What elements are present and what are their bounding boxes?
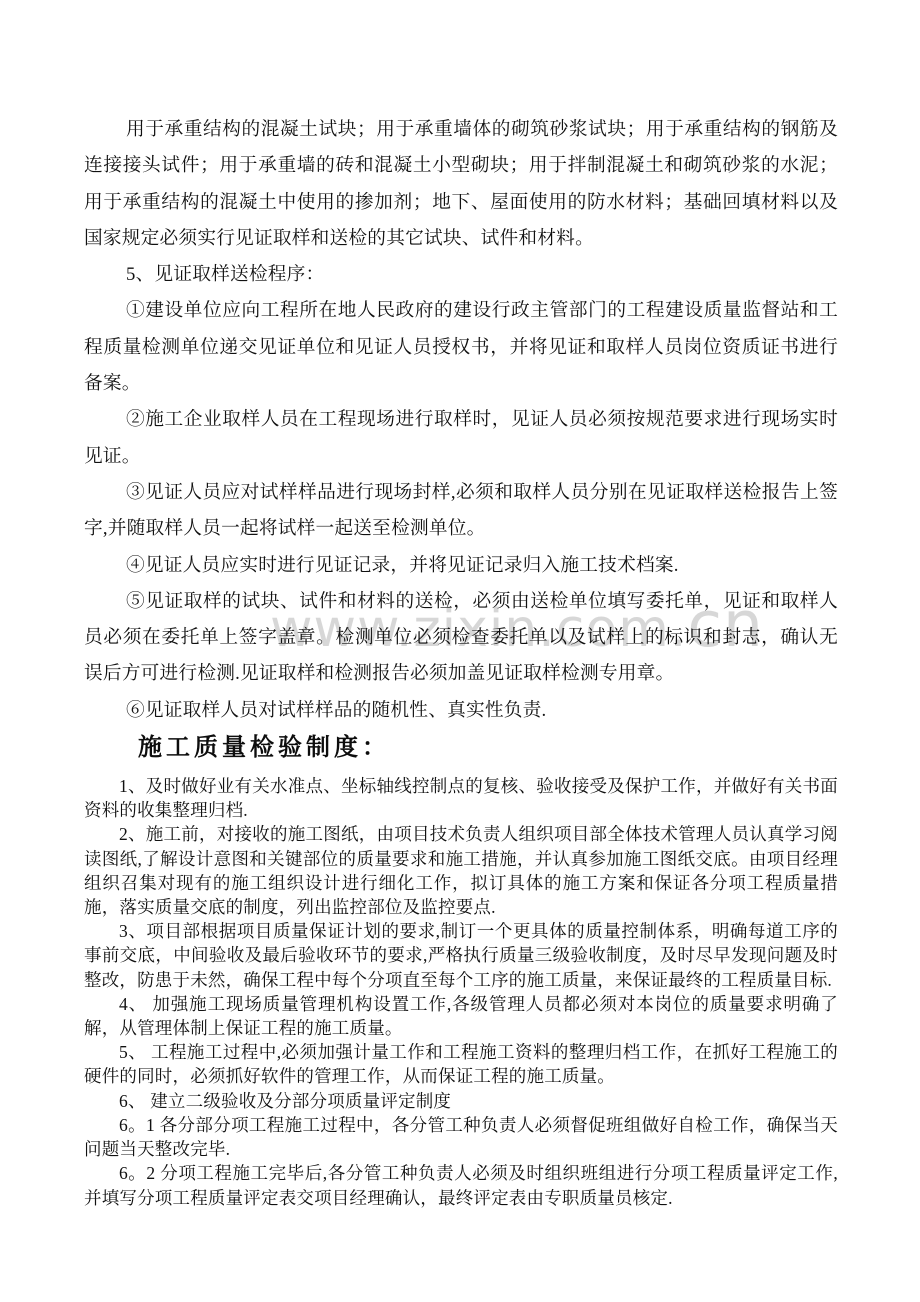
procedure-step-4: ④见证人员应实时进行见证记录，并将见证记录归入施工技术档案. [84, 548, 838, 584]
inspection-subitem-6-2: 6。2 分项工程施工完毕后,各分管工种负责人必须及时组织班组进行分项工程质量评定… [84, 1161, 838, 1209]
quality-inspection-section: 1、及时做好业有关水准点、坐标轴线控制点的复核、验收接受及保护工作，并做好有关书… [84, 774, 838, 1210]
section-heading: 施工质量检验制度： [84, 731, 838, 765]
inspection-item-1: 1、及时做好业有关水准点、坐标轴线控制点的复核、验收接受及保护工作，并做好有关书… [84, 774, 838, 822]
inspection-item-6: 6、 建立二级验收及分部分项质量评定制度 [84, 1089, 838, 1113]
procedure-step-2: ②施工企业取样人员在工程现场进行取样时，见证人员必须按规范要求进行现场实时见证。 [84, 402, 838, 475]
inspection-item-3: 3、项目部根据项目质量保证计划的要求,制订一个更具体的质量控制体系，明确每道工序… [84, 919, 838, 992]
inspection-item-2: 2、施工前，对接收的施工图纸，由项目技术负责人组织项目部全体技术管理人员认真学习… [84, 822, 838, 919]
procedure-step-1: ①建设单位应向工程所在地人民政府的建设行政主管部门的工程建设质量监督站和工程质量… [84, 293, 838, 402]
document-content: 用于承重结构的混凝土试块；用于承重墙体的砌筑砂浆试块；用于承重结构的钢筋及连接接… [84, 112, 838, 1210]
procedure-step-6: ⑥见证取样人员对试样样品的随机性、真实性负责. [84, 693, 838, 729]
procedure-header: 5、见证取样送检程序： [84, 257, 838, 293]
intro-paragraph: 用于承重结构的混凝土试块；用于承重墙体的砌筑砂浆试块；用于承重结构的钢筋及连接接… [84, 112, 838, 257]
inspection-item-4: 4、 加强施工现场质量管理机构设置工作,各级管理人员都必须对本岗位的质量要求明确… [84, 992, 838, 1040]
witness-sampling-section: 用于承重结构的混凝土试块；用于承重墙体的砌筑砂浆试块；用于承重结构的钢筋及连接接… [84, 112, 838, 729]
procedure-step-5: ⑤见证取样的试块、试件和材料的送检，必须由送检单位填写委托单，见证和取样人员必须… [84, 584, 838, 693]
inspection-subitem-6-1: 6。1 各分部分项工程施工过程中，各分管工种负责人必须督促班组做好自检工作，确保… [84, 1113, 838, 1161]
document-page: www.zixin.com.cn 用于承重结构的混凝土试块；用于承重墙体的砌筑砂… [0, 0, 920, 1302]
inspection-item-5: 5、 工程施工过程中,必须加强计量工作和工程施工资料的整理归档工作，在抓好工程施… [84, 1040, 838, 1088]
procedure-step-3: ③见证人员应对试样样品进行现场封样,必须和取样人员分别在见证取样送检报告上签字,… [84, 475, 838, 548]
